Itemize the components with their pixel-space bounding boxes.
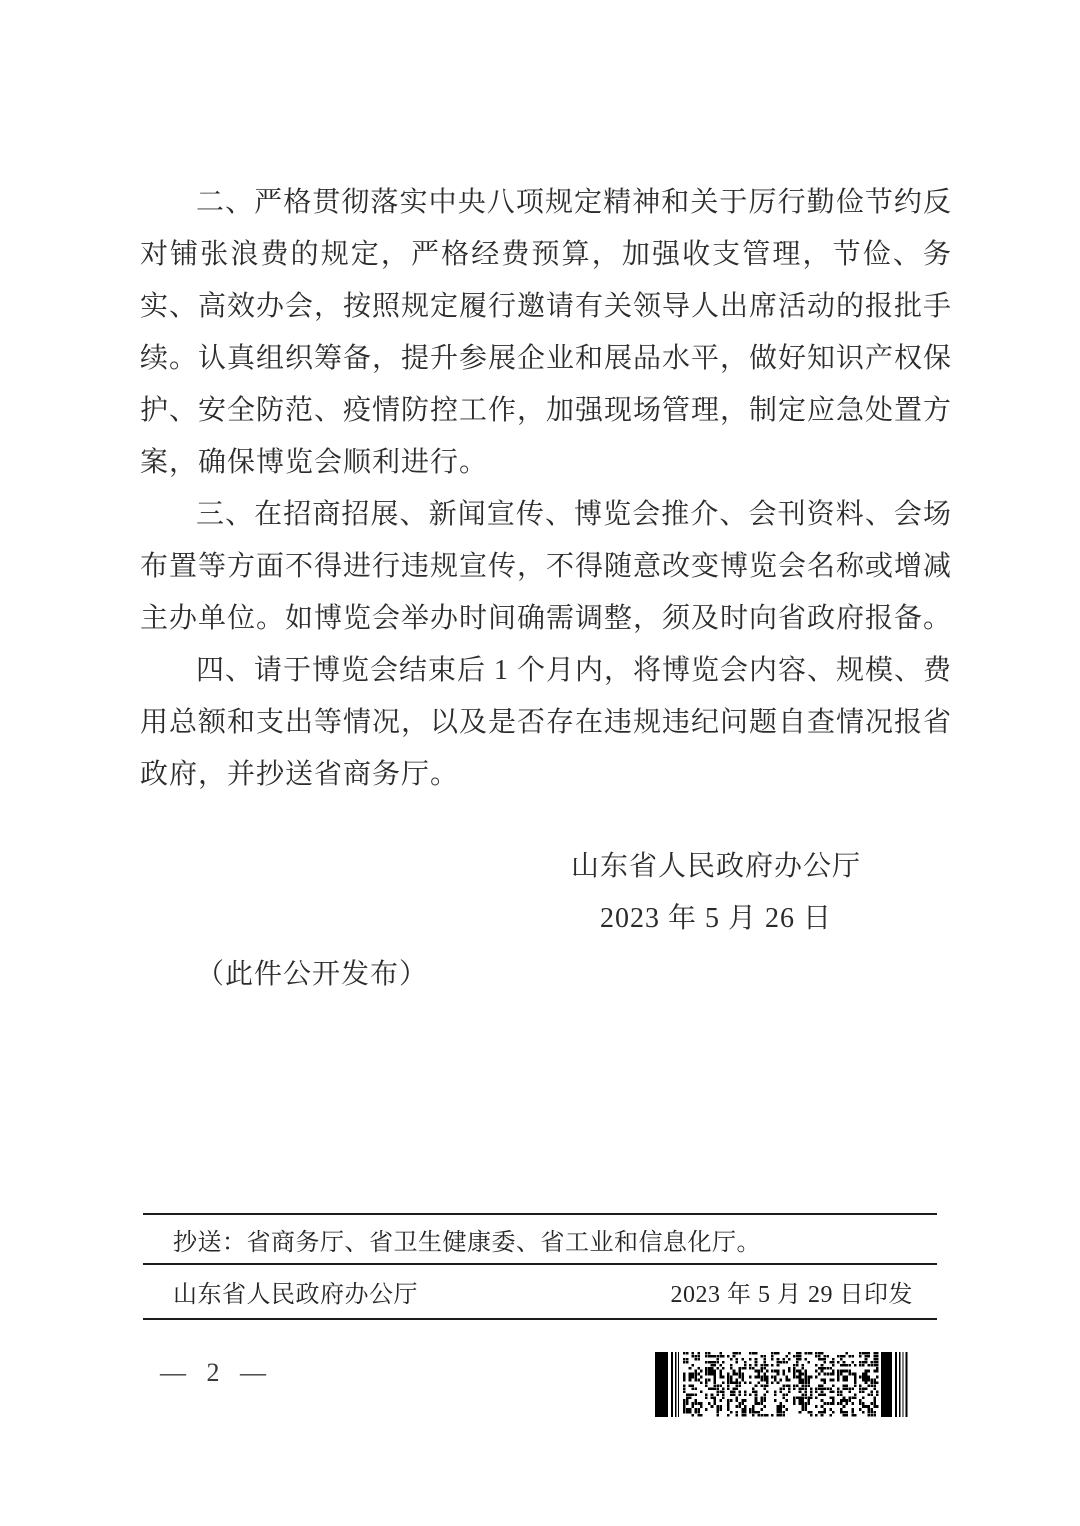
issuer-name: 山东省人民政府办公厅: [173, 1274, 418, 1309]
cc-row: 抄送：省商务厅、省卫生健康委、省工业和信息化厅。: [143, 1215, 937, 1265]
document-page: 二、严格贯彻落实中央八项规定精神和关于厉行勤俭节约反对铺张浪费的规定，严格经费预…: [0, 0, 1080, 1526]
paragraph-item-4: 四、请于博览会结束后 1 个月内，将博览会内容、规模、费用总额和支出等情况，以及…: [140, 645, 952, 801]
print-date: 2023 年 5 月 29 日印发: [671, 1274, 914, 1309]
document-footer: 抄送：省商务厅、省卫生健康委、省工业和信息化厅。 山东省人民政府办公厅 2023…: [143, 1213, 937, 1320]
page-number: — 2 —: [160, 1358, 273, 1388]
release-note: （此件公开发布）: [140, 949, 952, 1001]
document-body: 二、严格贯彻落实中央八项规定精神和关于厉行勤俭节约反对铺张浪费的规定，严格经费预…: [140, 177, 952, 1001]
signature-block: 山东省人民政府办公厅 2023 年 5 月 26 日: [310, 841, 1080, 945]
paragraph-item-2: 二、严格贯彻落实中央八项规定精神和关于厉行勤俭节约反对铺张浪费的规定，严格经费预…: [140, 177, 952, 489]
signature-org: 山东省人民政府办公厅: [310, 841, 1080, 893]
issuer-row: 山东省人民政府办公厅 2023 年 5 月 29 日印发: [143, 1265, 937, 1318]
signature-date: 2023 年 5 月 26 日: [310, 893, 1080, 945]
paragraph-item-3: 三、在招商招展、新闻宣传、博览会推介、会刊资料、会场布置等方面不得进行违规宣传，…: [140, 489, 952, 645]
cc-line: 抄送：省商务厅、省卫生健康委、省工业和信息化厅。: [173, 1222, 761, 1257]
barcode-icon: [655, 1352, 913, 1417]
